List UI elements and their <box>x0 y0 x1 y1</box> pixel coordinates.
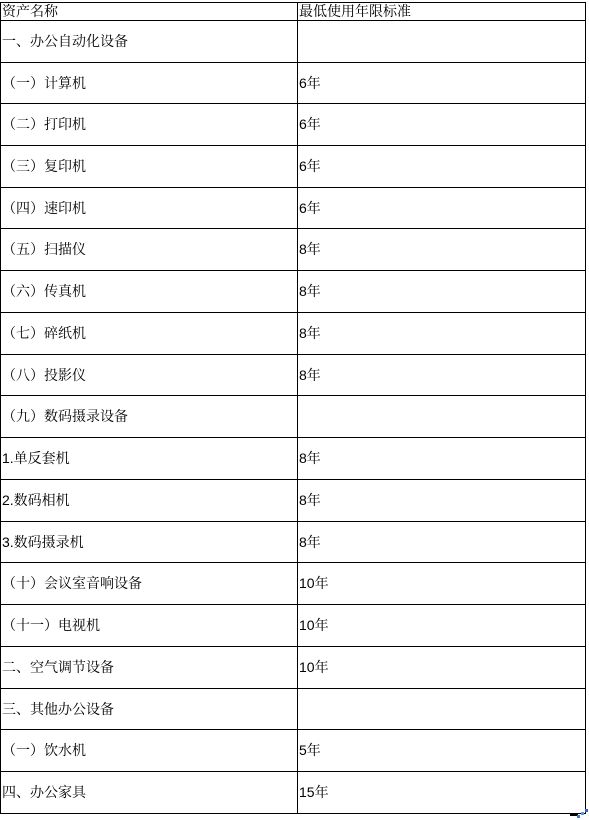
asset-name-cell: 3.数码摄录机 <box>1 521 298 563</box>
table-row: 1.单反套机8年 <box>1 438 586 480</box>
asset-name-cell: 1.单反套机 <box>1 438 298 480</box>
table-row: （七）碎纸机8年 <box>1 312 586 354</box>
min-useful-life-cell: 6年 <box>298 146 586 188</box>
table-row: （十一）电视机10年 <box>1 605 586 647</box>
min-useful-life-cell: 8年 <box>298 521 586 563</box>
asset-name-cell: （一）计算机 <box>1 62 298 104</box>
min-useful-life-cell: 8年 <box>298 438 586 480</box>
min-useful-life-cell: 10年 <box>298 605 586 647</box>
table-row: 二、空气调节设备10年 <box>1 646 586 688</box>
table-row: （十）会议室音响设备10年 <box>1 563 586 605</box>
asset-name-cell: 三、其他办公设备 <box>1 688 298 730</box>
cutoff-icon-fragment-blue-3 <box>585 809 588 812</box>
table-row: 3.数码摄录机8年 <box>1 521 586 563</box>
min-useful-life-cell: 10年 <box>298 563 586 605</box>
min-useful-life-cell: 10年 <box>298 646 586 688</box>
asset-name-cell: （八）投影仪 <box>1 354 298 396</box>
asset-name-cell: （七）碎纸机 <box>1 312 298 354</box>
table-row: 一、办公自动化设备 <box>1 20 586 62</box>
table-row: （一）计算机6年 <box>1 62 586 104</box>
min-useful-life-cell: 6年 <box>298 187 586 229</box>
table-row: （五）扫描仪8年 <box>1 229 586 271</box>
table-row: 2.数码相机8年 <box>1 479 586 521</box>
asset-name-cell: （一）饮水机 <box>1 730 298 772</box>
min-useful-life-cell: 8年 <box>298 479 586 521</box>
min-useful-life-cell: 6年 <box>298 104 586 146</box>
min-useful-life-cell <box>298 20 586 62</box>
asset-name-cell: （六）传真机 <box>1 271 298 313</box>
min-useful-life-cell: 8年 <box>298 229 586 271</box>
table-row: （一）饮水机5年 <box>1 730 586 772</box>
table-row: 四、办公家具15年 <box>1 772 586 814</box>
min-useful-life-cell: 15年 <box>298 772 586 814</box>
asset-name-cell: （五）扫描仪 <box>1 229 298 271</box>
asset-name-cell: （九）数码摄录设备 <box>1 396 298 438</box>
cutoff-icon-fragment-blue-2 <box>581 812 584 815</box>
table-row: （六）传真机8年 <box>1 271 586 313</box>
column-header-min-useful-life: 最低使用年限标准 <box>298 3 586 21</box>
asset-name-cell: （三）复印机 <box>1 146 298 188</box>
column-header-asset-name: 资产名称 <box>1 3 298 21</box>
table-row: 三、其他办公设备 <box>1 688 586 730</box>
cutoff-icon-fragment-blue-1 <box>577 815 580 818</box>
asset-name-cell: （十）会议室音响设备 <box>1 563 298 605</box>
asset-useful-life-table: 资产名称 最低使用年限标准 一、办公自动化设备（一）计算机6年（二）打印机6年（… <box>0 2 586 814</box>
header-row: 资产名称 最低使用年限标准 <box>1 3 586 21</box>
min-useful-life-cell: 8年 <box>298 354 586 396</box>
min-useful-life-cell: 8年 <box>298 312 586 354</box>
min-useful-life-cell: 6年 <box>298 62 586 104</box>
min-useful-life-cell: 8年 <box>298 271 586 313</box>
asset-name-cell: 二、空气调节设备 <box>1 646 298 688</box>
asset-name-cell: （四）速印机 <box>1 187 298 229</box>
document-page: 资产名称 最低使用年限标准 一、办公自动化设备（一）计算机6年（二）打印机6年（… <box>0 0 589 820</box>
table-row: （九）数码摄录设备 <box>1 396 586 438</box>
table-row: （八）投影仪8年 <box>1 354 586 396</box>
min-useful-life-cell <box>298 688 586 730</box>
asset-name-cell: 2.数码相机 <box>1 479 298 521</box>
table-body: 一、办公自动化设备（一）计算机6年（二）打印机6年（三）复印机6年（四）速印机6… <box>1 20 586 813</box>
asset-name-cell: 四、办公家具 <box>1 772 298 814</box>
table-row: （二）打印机6年 <box>1 104 586 146</box>
asset-name-cell: （二）打印机 <box>1 104 298 146</box>
table-row: （三）复印机6年 <box>1 146 586 188</box>
min-useful-life-cell <box>298 396 586 438</box>
asset-name-cell: （十一）电视机 <box>1 605 298 647</box>
asset-name-cell: 一、办公自动化设备 <box>1 20 298 62</box>
min-useful-life-cell: 5年 <box>298 730 586 772</box>
table-row: （四）速印机6年 <box>1 187 586 229</box>
